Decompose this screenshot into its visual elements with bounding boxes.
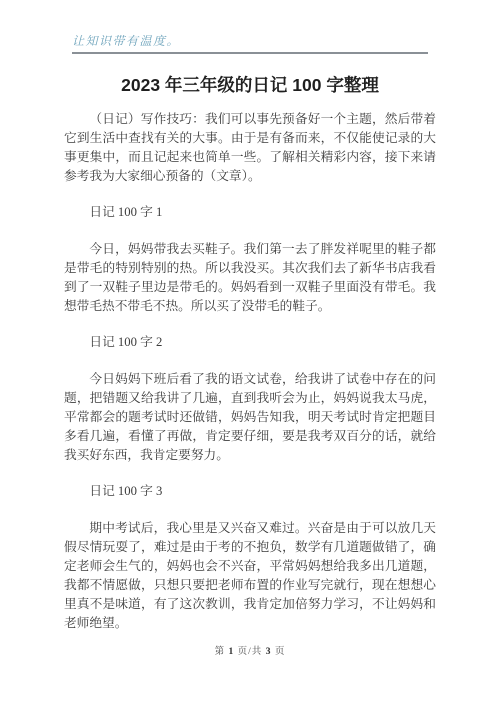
section-paragraph-2: 今日妈妈下班后看了我的语文试卷，给我讲了试卷中存在的问题，把错题又给我讲了几遍，…: [64, 370, 436, 465]
section-heading-2: 日记 100 字 2: [64, 333, 436, 352]
document-body: （日记）写作技巧：我们可以事先预备好一个主题，然后带着它到生活中查找有关的大事。…: [64, 110, 436, 633]
header-divider: [72, 52, 428, 54]
header-slogan: 让知识带有温度。: [72, 33, 428, 49]
section-paragraph-1: 今日，妈妈带我去买鞋子。我们第一去了胖发祥呢里的鞋子都是带毛的特别特别的热。所以…: [64, 240, 436, 316]
page-footer: 第 1 页/共 3 页: [0, 646, 500, 658]
footer-label-suffix: 页: [275, 647, 286, 657]
section-paragraph-3: 期中考试后，我心里是又兴奋又难过。兴奋是由于可以放几天假尽情玩耍了，难过是由于考…: [64, 519, 436, 633]
current-page-number: 1: [229, 647, 235, 657]
total-page-number: 3: [266, 647, 272, 657]
page-header: 让知识带有温度。: [72, 0, 428, 54]
document-title: 2023 年三年级的日记 100 字整理: [40, 75, 460, 95]
section-heading-1: 日记 100 字 1: [64, 203, 436, 222]
document-page: 让知识带有温度。 2023 年三年级的日记 100 字整理 （日记）写作技巧：我…: [0, 0, 500, 707]
footer-label-middle: 页/共: [238, 647, 263, 657]
footer-label-prefix: 第: [215, 647, 226, 657]
section-heading-3: 日记 100 字 3: [64, 482, 436, 501]
intro-paragraph: （日记）写作技巧：我们可以事先预备好一个主题，然后带着它到生活中查找有关的大事。…: [64, 110, 436, 186]
